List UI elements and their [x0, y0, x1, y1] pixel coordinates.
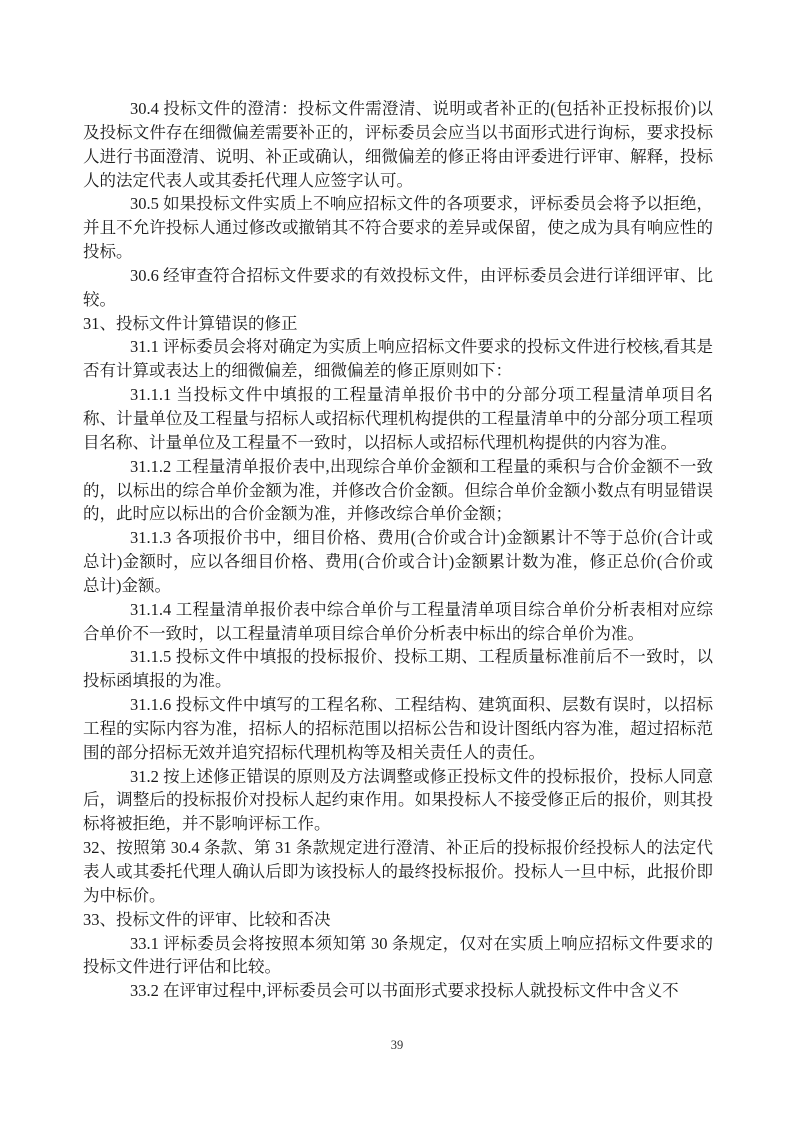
heading-33: 33、投标文件的评审、比较和否决 — [83, 908, 713, 932]
clause-30-6: 30.6 经审查符合招标文件要求的有效投标文件，由评标委员会进行详细评审、比较。 — [83, 264, 713, 312]
clause-33-2: 33.2 在评审过程中,评标委员会可以书面形式要求投标人就投标文件中含义不 — [83, 979, 713, 1003]
heading-31: 31、投标文件计算错误的修正 — [83, 312, 713, 336]
clause-31-1-6: 31.1.6 投标文件中填写的工程名称、工程结构、建筑面积、层数有误时，以招标工… — [83, 693, 713, 765]
clause-31-1-3: 31.1.3 各项报价书中，细目价格、费用(合价或合计)金额累计不等于总价(合计… — [83, 526, 713, 598]
clause-32: 32、按照第 30.4 条款、第 31 条款规定进行澄清、补正后的投标报价经投标… — [83, 836, 713, 908]
clause-31-1-4: 31.1.4 工程量清单报价表中综合单价与工程量清单项目综合单价分析表相对应综合… — [83, 598, 713, 646]
clause-31-2: 31.2 按上述修正错误的原则及方法调整或修正投标文件的投标报价，投标人同意后，… — [83, 765, 713, 837]
clause-31-1-2: 31.1.2 工程量清单报价表中,出现综合单价金额和工程量的乘积与合价金额不一致… — [83, 455, 713, 527]
clause-33-1: 33.1 评标委员会将按照本须知第 30 条规定，仅对在实质上响应招标文件要求的… — [83, 932, 713, 980]
clause-30-5: 30.5 如果投标文件实质上不响应招标文件的各项要求，评标委员会将予以拒绝，并且… — [83, 192, 713, 264]
page-content: 30.4 投标文件的澄清：投标文件需澄清、说明或者补正的(包括补正投标报价)以及… — [83, 97, 713, 1003]
clause-31-1: 31.1 评标委员会将对确定为实质上响应招标文件要求的投标文件进行校核,看其是否… — [83, 335, 713, 383]
document-page: 30.4 投标文件的澄清：投标文件需澄清、说明或者补正的(包括补正投标报价)以及… — [0, 0, 794, 1122]
clause-31-1-5: 31.1.5 投标文件中填报的投标报价、投标工期、工程质量标准前后不一致时，以投… — [83, 645, 713, 693]
page-number: 39 — [0, 1038, 794, 1053]
clause-30-4: 30.4 投标文件的澄清：投标文件需澄清、说明或者补正的(包括补正投标报价)以及… — [83, 97, 713, 192]
clause-31-1-1: 31.1.1 当投标文件中填报的工程量清单报价书中的分部分项工程量清单项目名称、… — [83, 383, 713, 455]
